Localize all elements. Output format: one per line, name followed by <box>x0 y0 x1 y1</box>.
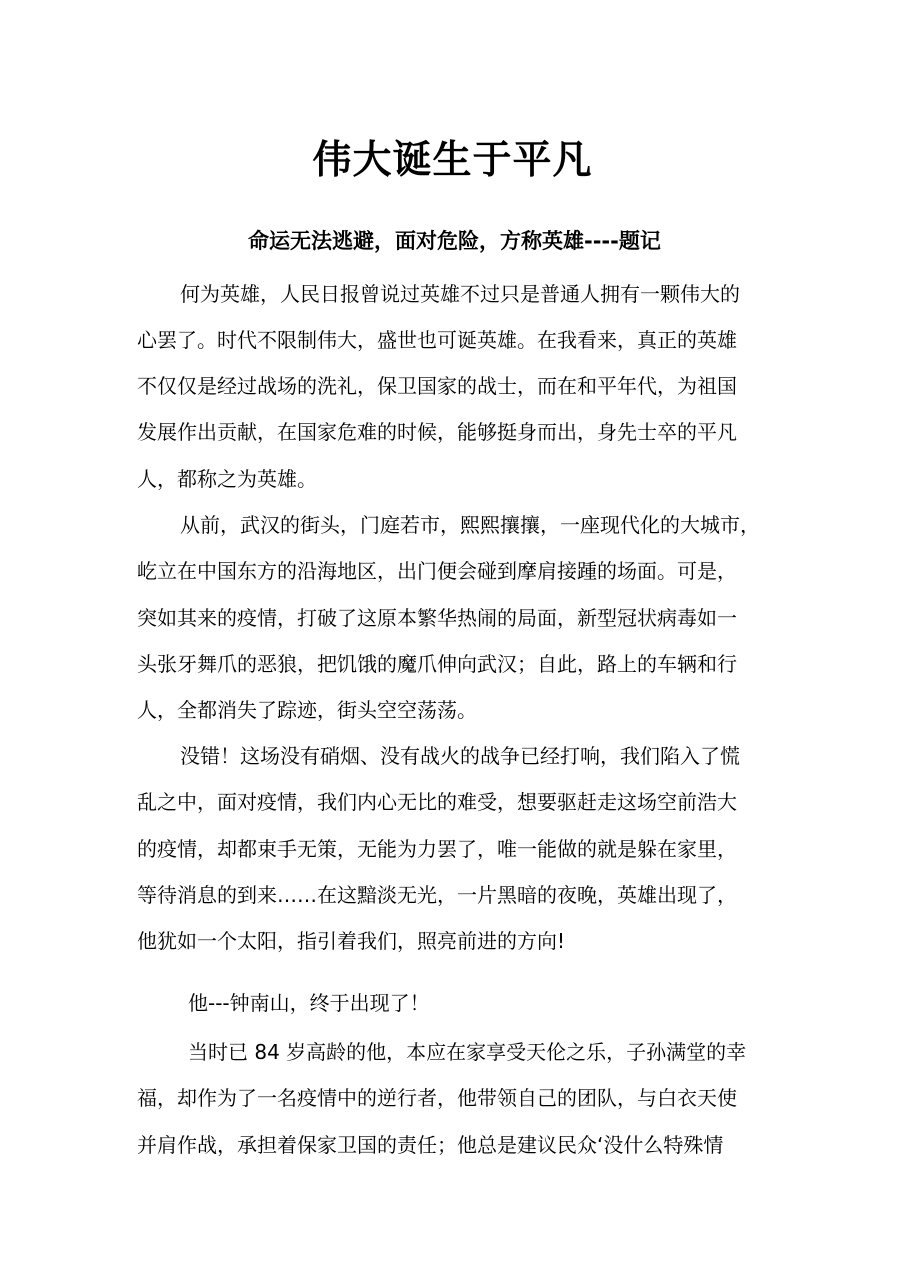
text-line: 人，全都消失了踪迹，街头空空荡荡。 <box>137 695 477 725</box>
text-line: 发展作出贡献，在国家危难的时候，能够挺身而出，身先士卒的平凡 <box>137 417 737 447</box>
text-line: 并肩作战，承担着保家卫国的责任；他总是建议民众‘没什么特殊情 <box>137 1130 723 1160</box>
text-line: 头张牙舞爪的恶狼，把饥饿的魔爪伸向武汉；自此，路上的车辆和行 <box>137 649 737 679</box>
text-line: 他犹如一个太阳，指引着我们，照亮前进的方向! <box>137 926 565 956</box>
text-line: 人，都称之为英雄。 <box>137 464 317 494</box>
document-title: 伟大诞生于平凡 <box>0 136 905 186</box>
text-line: 何为英雄，人民日报曾说过英雄不过只是普通人拥有一颗伟大的 <box>180 279 740 309</box>
text-line: 没错！这场没有硝烟、没有战火的战争已经打响，我们陷入了慌 <box>180 741 740 771</box>
text-line: 的疫情，却都束手无策，无能为力罢了，唯一能做的就是躲在家里， <box>137 834 737 864</box>
text-line: 他---钟南山，终于出现了！ <box>188 988 430 1018</box>
text-line: 突如其来的疫情，打破了这原本繁华热闹的局面，新型冠状病毒如一 <box>137 603 737 633</box>
text-line: 当时已 84 岁高龄的他，本应在家享受天伦之乐，子孙满堂的幸 <box>188 1037 746 1067</box>
text-line: 乱之中，面对疫情，我们内心无比的难受，想要驱赶走这场空前浩大 <box>137 787 737 817</box>
text-line: 从前，武汉的街头，门庭若市，熙熙攘攘，一座现代化的大城市， <box>180 510 760 540</box>
document-page: 伟大诞生于平凡 命运无法逃避，面对危险，方称英雄----题记 何为英雄，人民日报… <box>0 0 905 1279</box>
epigraph: 命运无法逃避，面对危险，方称英雄----题记 <box>248 226 661 256</box>
text-line: 屹立在中国东方的沿海地区，出门便会碰到摩肩接踵的场面。可是， <box>137 556 737 586</box>
text-line: 心罢了。时代不限制伟大，盛世也可诞英雄。在我看来，真正的英雄 <box>137 325 737 355</box>
text-line: 福，却作为了一名疫情中的逆行者，他带领自己的团队，与白衣天使 <box>137 1083 737 1113</box>
text-line: 等待消息的到来……在这黯淡无光，一片黑暗的夜晚，英雄出现了， <box>137 880 737 910</box>
text-line: 不仅仅是经过战场的洗礼，保卫国家的战士，而在和平年代，为祖国 <box>137 371 737 401</box>
